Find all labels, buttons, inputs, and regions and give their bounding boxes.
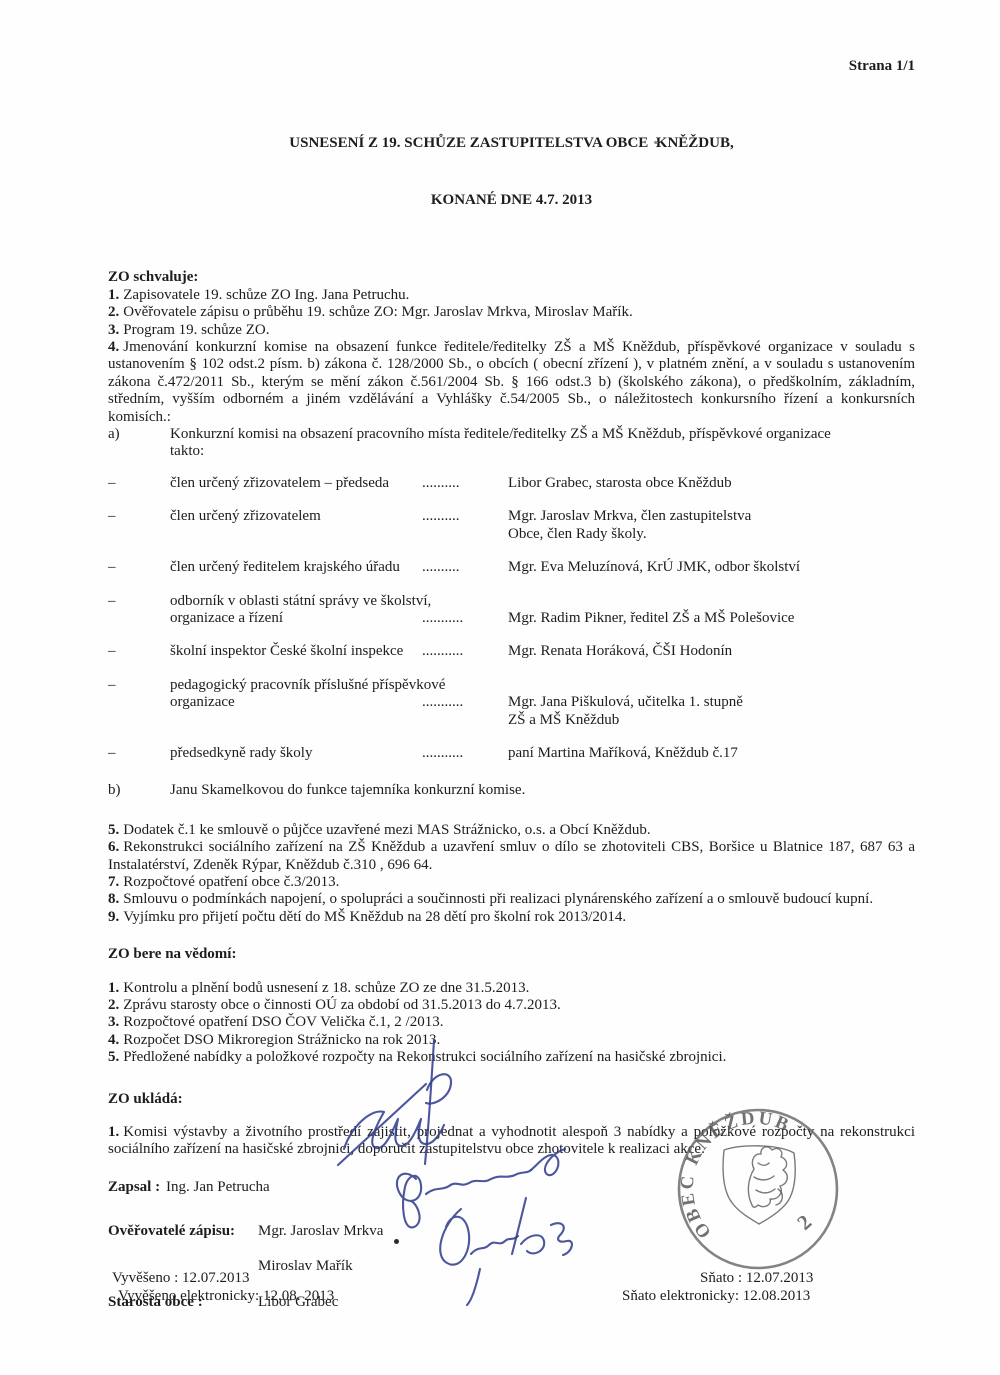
- member-role: odborník v oblasti státní správy ve škol…: [170, 593, 915, 610]
- item-number: 6.: [108, 839, 119, 855]
- item-text: Kontrolu a plnění bodů usnesení z 18. sc…: [123, 980, 529, 996]
- member-name: Mgr. Radim Pikner, ředitel ZŠ a MŠ Poleš…: [508, 610, 915, 627]
- commission-member-row: – školní inspektor České školní inspekce…: [108, 643, 915, 660]
- scan-speck: [654, 141, 658, 144]
- sublist-b-label: b): [108, 782, 170, 799]
- item-text: Rozpočtové opatření obce č.3/2013.: [123, 874, 339, 890]
- zapsal-name: Ing. Jan Petrucha: [166, 1179, 270, 1196]
- commission-member-row: – člen určený zřizovatelem .......... Mg…: [108, 508, 915, 543]
- dash-bullet: –: [108, 508, 170, 525]
- item-text: Program 19. schůze ZO.: [123, 322, 269, 338]
- list-item: 1.Kontrolu a plnění bodů usnesení z 18. …: [108, 980, 915, 997]
- section-heading-schvaluje: ZO schvaluje:: [108, 269, 915, 286]
- stamp-number: 2: [792, 1210, 816, 1235]
- municipal-stamp: OBEC KNĚŽDUB 2: [666, 1097, 850, 1281]
- item-number: 8.: [108, 891, 119, 907]
- item-text: Zprávu starosty obce o činnosti OÚ za ob…: [123, 997, 560, 1013]
- overovatel-name-1: Mgr. Jaroslav Mrkva: [258, 1223, 383, 1240]
- dash-bullet: –: [108, 745, 170, 762]
- dotted-leader: ..........: [422, 475, 508, 492]
- item-number: 2.: [108, 997, 119, 1013]
- list-item: 2.Ověřovatele zápisu o průběhu 19. schůz…: [108, 304, 915, 321]
- signature-libor-grabec: [440, 1198, 572, 1305]
- list-item: 5.Dodatek č.1 ke smlouvě o půjčce uzavře…: [108, 822, 915, 839]
- member-name-line-2: ZŠ a MŠ Kněždub: [508, 712, 915, 729]
- dotted-leader: ...........: [422, 694, 508, 711]
- list-item: 6.Rekonstrukci sociálního zařízení na ZŠ…: [108, 839, 915, 874]
- item-text: Rekonstrukci sociálního zařízení na ZŠ K…: [108, 839, 915, 872]
- member-role: předsedkyně rady školy: [170, 745, 422, 762]
- member-role-line-2: organizace: [170, 694, 422, 711]
- posted-date: Vyvěšeno : 12.07.2013: [112, 1269, 334, 1287]
- item-text: Jmenování konkurzní komise na obsazení f…: [108, 339, 915, 425]
- list-item: 4.Jmenování konkurzní komise na obsazení…: [108, 339, 915, 426]
- member-role: člen určený zřizovatelem: [170, 508, 422, 525]
- page-number-label: Strana 1/1: [108, 58, 915, 75]
- item-number: 5.: [108, 822, 119, 838]
- list-item: 2.Zprávu starosty obce o činnosti OÚ za …: [108, 997, 915, 1014]
- member-name: Mgr. Eva Meluzínová, KrÚ JMK, odbor škol…: [508, 559, 915, 576]
- list-item: 1.Zapisovatele 19. schůze ZO Ing. Jana P…: [108, 287, 915, 304]
- dotted-leader: ...........: [422, 643, 508, 660]
- document-title: USNESENÍ Z 19. SCHŮZE ZASTUPITELSTVA OBC…: [108, 96, 915, 248]
- member-name: Mgr. Renata Horáková, ČŠI Hodonín: [508, 643, 915, 660]
- list-item: 7.Rozpočtové opatření obce č.3/2013.: [108, 874, 915, 891]
- title-line-1: USNESENÍ Z 19. SCHŮZE ZASTUPITELSTVA OBC…: [108, 134, 915, 153]
- posted-electronic-date: Vyvěšeno elektronicky: 12.08. 2013: [118, 1287, 334, 1305]
- member-name-line-2: Obce, člen Rady školy.: [508, 526, 915, 543]
- sublist-a-cont: takto:: [108, 443, 915, 460]
- list-item: 9.Vyjímku pro přijetí počtu dětí do MŠ K…: [108, 909, 915, 926]
- item-text: Smlouvu o podmínkách napojení, o spolupr…: [123, 891, 873, 907]
- item-number: 1.: [108, 980, 119, 996]
- list-item: 5.Předložené nabídky a položkové rozpočt…: [108, 1049, 915, 1066]
- item-number: 9.: [108, 909, 119, 925]
- member-name: paní Martina Maříková, Kněždub č.17: [508, 745, 915, 762]
- item-text: Rozpočet DSO Mikroregion Strážnicko na r…: [123, 1032, 440, 1048]
- item-text: Zapisovatele 19. schůze ZO Ing. Jana Pet…: [123, 287, 409, 303]
- member-name: Mgr. Jana Piškulová, učitelka 1. stupně: [508, 694, 915, 711]
- sublist-a: a) Konkurzní komisi na obsazení pracovní…: [108, 426, 915, 443]
- sublist-a-text-2: takto:: [170, 443, 915, 460]
- list-item: 3.Program 19. schůze ZO.: [108, 322, 915, 339]
- commission-member-row: – odborník v oblasti státní správy ve šk…: [108, 593, 915, 628]
- dash-bullet: –: [108, 593, 170, 610]
- zapsal-label: Zapsal :: [108, 1179, 166, 1196]
- dotted-leader: ..........: [422, 508, 508, 525]
- commission-members: – člen určený zřizovatelem – předseda ..…: [108, 475, 915, 800]
- ink-dot: [394, 1239, 399, 1244]
- list-item: 8.Smlouvu o podmínkách napojení, o spolu…: [108, 891, 915, 908]
- list-item: 3.Rozpočtové opatření DSO ČOV Velička č.…: [108, 1014, 915, 1031]
- member-role: člen určený ředitelem krajského úřadu: [170, 559, 422, 576]
- dash-bullet: –: [108, 643, 170, 660]
- schvaluje-items: 1.Zapisovatele 19. schůze ZO Ing. Jana P…: [108, 287, 915, 426]
- item-number: 1.: [108, 287, 119, 303]
- item-text: Rozpočtové opatření DSO ČOV Velička č.1,…: [123, 1014, 443, 1030]
- item-number: 4.: [108, 1032, 119, 1048]
- commission-member-row: – pedagogický pracovník příslušné příspě…: [108, 677, 915, 729]
- commission-member-row: – člen určený ředitelem krajského úřadu …: [108, 559, 915, 576]
- dotted-leader: ...........: [422, 745, 508, 762]
- list-item: 4.Rozpočet DSO Mikroregion Strážnicko na…: [108, 1032, 915, 1049]
- sublist-b: b) Janu Skamelkovou do funkce tajemníka …: [108, 782, 915, 799]
- dash-bullet: –: [108, 559, 170, 576]
- dash-bullet: –: [108, 677, 170, 694]
- footer-posted: Vyvěšeno : 12.07.2013 Vyvěšeno elektroni…: [112, 1269, 334, 1305]
- schvaluje-items-2: 5.Dodatek č.1 ke smlouvě o půjčce uzavře…: [108, 822, 915, 926]
- document-page: Strana 1/1 USNESENÍ Z 19. SCHŮZE ZASTUPI…: [0, 0, 1000, 1375]
- overovatele-label: Ověřovatelé zápisu:: [108, 1223, 258, 1240]
- title-line-2: KONANÉ DNE 4.7. 2013: [108, 191, 915, 210]
- item-text: Předložené nabídky a položkové rozpočty …: [123, 1049, 726, 1065]
- commission-member-row: – předsedkyně rady školy ........... pan…: [108, 745, 915, 762]
- sublist-a-label: a): [108, 426, 170, 443]
- item-text: Dodatek č.1 ke smlouvě o půjčce uzavřené…: [123, 822, 650, 838]
- stamp-ring-label: OBEC KNĚŽDUB: [678, 1109, 794, 1242]
- coat-of-arms-shield-icon: [723, 1146, 795, 1224]
- member-name: Mgr. Jaroslav Mrkva, člen zastupitelstva: [508, 508, 915, 525]
- item-number: 4.: [108, 339, 119, 355]
- removed-electronic-date: Sňato elektronicky: 12.08.2013: [622, 1287, 813, 1305]
- item-number: 7.: [108, 874, 119, 890]
- member-name: Libor Grabec, starosta obce Kněždub: [508, 475, 915, 492]
- item-number: 2.: [108, 304, 119, 320]
- member-role: školní inspektor České školní inspekce: [170, 643, 422, 660]
- item-number: 3.: [108, 1014, 119, 1030]
- sublist-a-text: Konkurzní komisi na obsazení pracovního …: [170, 426, 915, 443]
- item-number: 5.: [108, 1049, 119, 1065]
- item-text: Vyjímku pro přijetí počtu dětí do MŠ Kně…: [123, 909, 626, 925]
- section-heading-bere: ZO bere na vědomí:: [108, 946, 915, 963]
- item-text: Ověřovatele zápisu o průběhu 19. schůze …: [123, 304, 632, 320]
- commission-sublist: a) Konkurzní komisi na obsazení pracovní…: [108, 426, 915, 461]
- dotted-leader: ...........: [422, 610, 508, 627]
- item-number: 1.: [108, 1124, 119, 1140]
- commission-member-row: – člen určený zřizovatelem – předseda ..…: [108, 475, 915, 492]
- sublist-b-text: Janu Skamelkovou do funkce tajemníka kon…: [170, 782, 915, 799]
- item-number: 3.: [108, 322, 119, 338]
- member-role-line-2: organizace a řízení: [170, 610, 422, 627]
- member-role: pedagogický pracovník příslušné příspěvk…: [170, 677, 915, 694]
- dotted-leader: ..........: [422, 559, 508, 576]
- bere-items: 1.Kontrolu a plnění bodů usnesení z 18. …: [108, 980, 915, 1067]
- dash-bullet: –: [108, 475, 170, 492]
- member-role: člen určený zřizovatelem – předseda: [170, 475, 422, 492]
